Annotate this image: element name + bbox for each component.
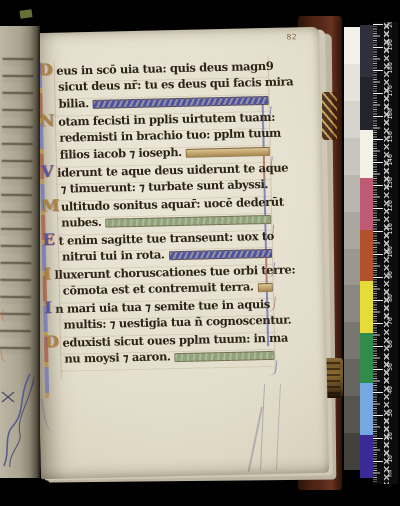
gray-step	[344, 138, 360, 175]
grayscale-step-wedge	[344, 27, 360, 470]
patch-orange	[360, 230, 373, 281]
facing-page-decoration	[2, 308, 8, 322]
patch-green	[360, 333, 373, 383]
gray-step	[344, 64, 360, 101]
ruler-label: 40	[386, 380, 394, 400]
ruler-label: 130	[386, 173, 394, 193]
patch-white	[360, 130, 373, 178]
color-calibration-patches	[360, 25, 373, 478]
illuminated-initial: M	[42, 199, 57, 213]
verse-text: filios iacob ⁊ ioseph.	[60, 145, 182, 162]
illuminated-initial: N	[40, 114, 55, 128]
marginal-sketch-lines	[260, 384, 281, 471]
millimeter-ruler: 2001901801701601501401301201101009080706…	[373, 22, 398, 484]
verse-text: cōmota est et contremuit terra.	[63, 279, 254, 297]
ruler-label: 190	[386, 35, 394, 55]
bookmark-ribbon	[20, 9, 33, 19]
gray-step	[344, 175, 360, 212]
verse-text: nitrui tui in rota.	[62, 247, 165, 263]
illuminated-initial: V	[41, 165, 53, 179]
gray-step	[344, 249, 360, 286]
ruler-unit-label: mm	[387, 464, 394, 484]
ruler-label: 100	[386, 242, 394, 262]
patch-dark-gray	[360, 77, 373, 130]
ruler-label: 50	[386, 357, 394, 377]
illuminated-initial: I	[44, 301, 51, 315]
ruler-label: 110	[386, 219, 394, 239]
illuminated-initial: I	[43, 267, 50, 281]
ruler-label: 80	[386, 288, 394, 308]
verse-text: bilia.	[58, 96, 89, 111]
illuminated-initial: E	[43, 233, 55, 247]
ruler-label: 90	[386, 265, 394, 285]
folio-number: 82	[286, 32, 297, 41]
gray-step	[344, 285, 360, 322]
patch-blue	[360, 435, 373, 478]
line-filler-blue	[168, 249, 272, 260]
ruler-label: 140	[386, 150, 394, 170]
verse-text: nu moysi ⁊ aaron.	[64, 349, 170, 365]
gray-step	[344, 212, 360, 249]
ruler-label: 160	[386, 104, 394, 124]
ruler-label: 70	[386, 311, 394, 331]
illuminated-initial: D	[39, 63, 53, 77]
manuscript-page: 82 Deus in scō uia tua: quis deus magn9s…	[31, 27, 329, 479]
patch-yellow	[360, 281, 373, 333]
marginal-penwork-flourish	[0, 372, 44, 470]
gray-step	[344, 101, 360, 138]
ruler-label: 30	[386, 403, 394, 423]
manuscript-photo: 82 Deus in scō uia tua: quis deus magn9s…	[0, 0, 400, 506]
ruler-label: 200	[386, 22, 394, 32]
binding-gold-tooling	[322, 92, 337, 140]
psalm-text-block: Deus in scō uia tua: quis deus magn9sicu…	[58, 58, 271, 369]
patch-black	[360, 25, 373, 77]
ruler-label: 120	[386, 196, 394, 216]
verse-text: nubes.	[61, 215, 101, 230]
ruler-label: 170	[386, 81, 394, 101]
patch-magenta	[360, 178, 373, 230]
ruler-label: 150	[386, 127, 394, 147]
line-filler-blue	[93, 96, 269, 109]
ruler-label: 60	[386, 334, 394, 354]
ruler-label: 180	[386, 58, 394, 78]
gray-step	[344, 433, 360, 470]
gray-step	[344, 396, 360, 433]
line-filler-green	[105, 215, 271, 228]
gray-step	[344, 27, 360, 64]
gray-step	[344, 322, 360, 359]
line-filler-gold	[257, 283, 272, 292]
ruler-label: 20	[386, 426, 394, 446]
illuminated-initial: D	[45, 335, 59, 349]
patch-light-blue	[360, 383, 373, 435]
gray-step	[344, 359, 360, 396]
line-filler-green	[174, 351, 274, 362]
line-filler-gold	[186, 147, 270, 158]
